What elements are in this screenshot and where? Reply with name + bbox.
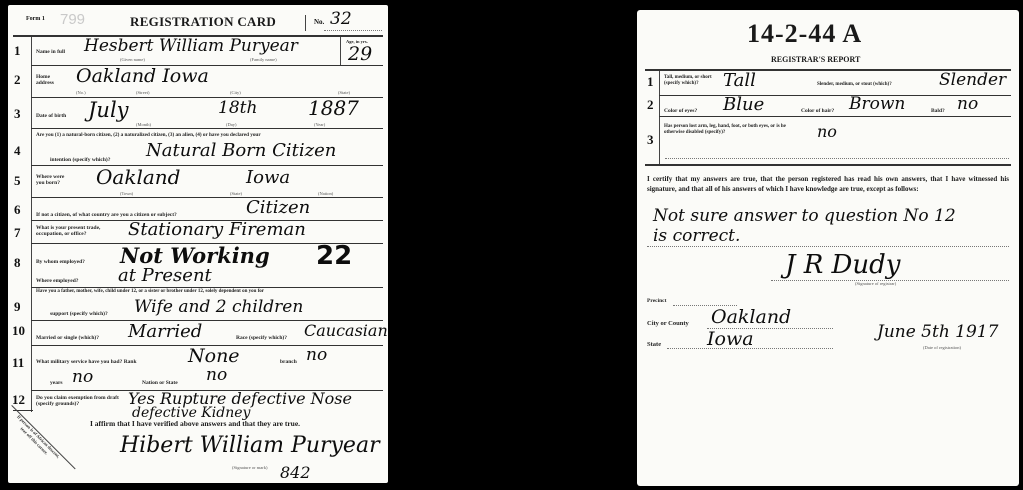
caption: (Family name) (250, 57, 277, 62)
certification-text: I certify that my answers are true, that… (647, 174, 1009, 194)
country-label: If not a citizen, of what country are yo… (36, 212, 177, 218)
caption: (State) (230, 191, 242, 196)
city-label: City or County (647, 320, 689, 327)
eye-color-label: Color of eyes? (664, 108, 697, 114)
precinct-label: Precinct (647, 298, 666, 304)
row-number: 3 (647, 132, 654, 148)
marital-value: Married (128, 321, 202, 342)
signature-caption: (Signature or mark) (232, 465, 268, 470)
caption: (City) (230, 90, 241, 95)
dob-label: Date of birth (36, 113, 66, 119)
disability-value: no (817, 122, 837, 141)
row-number: 12 (12, 392, 25, 408)
row-number: 11 (12, 355, 24, 371)
registrars-report-card: 14-2-44 A REGISTRAR'S REPORT 1 Tall, med… (637, 10, 1019, 486)
birthplace-town: Oakland (96, 165, 180, 189)
faint-stamp-number: 799 (60, 11, 85, 28)
build-label: Slender, medium, or stout (which)? (817, 82, 892, 87)
occupation-value: Stationary Fireman (128, 219, 306, 240)
caption: (Year) (314, 122, 325, 127)
exception-line-2: is correct. (653, 226, 740, 246)
birthplace-state: Iowa (246, 167, 290, 188)
divider (659, 71, 660, 164)
affirmation-text: I affirm that I have verified above answ… (90, 419, 300, 428)
row-number: 4 (14, 143, 21, 159)
dependents-label-2: support (specify which)? (50, 311, 108, 317)
dob-day: 18th (218, 98, 257, 118)
row-number: 1 (14, 43, 21, 59)
caption: (State) (338, 90, 350, 95)
caption: (Day) (226, 122, 237, 127)
city-value: Oakland (711, 306, 791, 328)
serial-label: No. (314, 18, 324, 26)
caption: (Given name) (120, 57, 145, 62)
divider (324, 30, 382, 31)
dependents-label: Have you a father, mother, wife, child u… (36, 289, 264, 294)
military-years-value: no (72, 367, 93, 387)
divider (647, 246, 1009, 247)
home-address-label: Home address (36, 74, 60, 86)
hair-color-value: Brown (849, 94, 905, 114)
caption: (Month) (136, 122, 151, 127)
dependents-value: Wife and 2 children (134, 297, 303, 317)
report-code: 14-2-44 A (747, 19, 862, 49)
home-address-value: Oakland Iowa (76, 65, 209, 87)
row-number: 5 (14, 173, 21, 189)
divider (31, 287, 383, 288)
row-number: 6 (14, 202, 21, 218)
state-value: Iowa (707, 328, 754, 350)
exemption-label: Do you claim exemption from draft (speci… (36, 395, 126, 407)
occupation-label: What is your present trade, occupation, … (36, 225, 116, 237)
height-value: Tall (723, 70, 756, 91)
disability-label: Has person lost arm, leg, hand, foot, or… (664, 124, 804, 136)
dob-year: 1887 (308, 96, 359, 120)
state-label: State (647, 341, 661, 348)
military-rank-value: None (188, 345, 240, 367)
corner-note: If person is of African descent, tear of… (11, 414, 62, 465)
signature-number: 842 (280, 463, 311, 482)
bald-value: no (957, 94, 978, 114)
military-years-label: years (50, 380, 63, 386)
registrant-signature: Hibert William Puryear (120, 433, 380, 458)
country-value: Citizen (246, 197, 310, 218)
name-value: Hesbert William Puryear (84, 36, 298, 56)
date-caption: (Date of registration) (923, 345, 961, 350)
citizenship-value: Natural Born Citizen (146, 140, 336, 161)
card-title: REGISTRATION CARD (130, 14, 276, 30)
serial-number: 32 (330, 9, 352, 29)
dob-month: July (88, 98, 129, 122)
citizenship-label-2: intention (specify which)? (50, 157, 111, 163)
row-number: 7 (14, 225, 21, 241)
divider (665, 158, 1009, 159)
registration-date: June 5th 1917 (877, 322, 998, 342)
row-number: 9 (14, 299, 21, 315)
marital-label: Married or single (which)? (36, 335, 99, 341)
divider (305, 15, 306, 31)
row-number: 2 (647, 97, 654, 113)
divider (340, 37, 341, 65)
race-label: Race (specify which)? (236, 335, 287, 341)
name-label: Name in full (36, 49, 65, 55)
caption: (No.) (76, 90, 86, 95)
height-label: Tall, medium, or short (specify which)? (664, 75, 720, 87)
employer-label: By whom employed? (36, 259, 85, 265)
hair-color-label: Color of hair? (801, 108, 834, 114)
military-branch-label: branch (280, 359, 297, 365)
divider (645, 164, 1011, 166)
military-branch-value: no (306, 345, 327, 365)
row-number: 2 (14, 72, 21, 88)
row-number: 10 (12, 323, 25, 339)
row-number: 1 (647, 74, 654, 90)
caption: (Street) (136, 90, 150, 95)
military-rank-label: What military service have you had? Rank (36, 359, 137, 365)
form-number: Form 1 (26, 16, 45, 22)
registrar-caption: (Signature of registrar) (855, 281, 896, 286)
divider (31, 128, 383, 129)
caption: (Nation) (318, 191, 333, 196)
divider (659, 116, 1011, 117)
registration-card: Form 1 799 REGISTRATION CARD No. 32 1 Na… (8, 5, 388, 483)
bald-label: Bald? (931, 108, 945, 114)
build-value: Slender (939, 70, 1006, 90)
citizenship-label: Are you (1) a natural-born citizen, (2) … (36, 132, 261, 138)
employment-place-label: Where employed? (36, 278, 79, 284)
registrar-signature: J R Dudy (785, 250, 900, 280)
employment-place-value: at Present (118, 265, 212, 286)
age-value: 29 (348, 43, 372, 65)
military-nation-label: Nation or State (142, 380, 178, 386)
divider (667, 348, 833, 349)
divider (31, 165, 383, 166)
report-title: REGISTRAR'S REPORT (771, 55, 860, 64)
military-nation-value: no (206, 365, 227, 385)
divider (31, 197, 383, 198)
annotation-number: 22 (316, 241, 352, 271)
exception-line-1: Not sure answer to question No 12 (653, 206, 956, 226)
row-number: 3 (14, 106, 21, 122)
race-value: Caucasian (304, 321, 388, 340)
caption: (Town) (120, 191, 133, 196)
divider (31, 37, 32, 412)
row-number: 8 (14, 255, 21, 271)
birthplace-label: Where were you born? (36, 174, 66, 186)
eye-color-value: Blue (723, 94, 764, 115)
